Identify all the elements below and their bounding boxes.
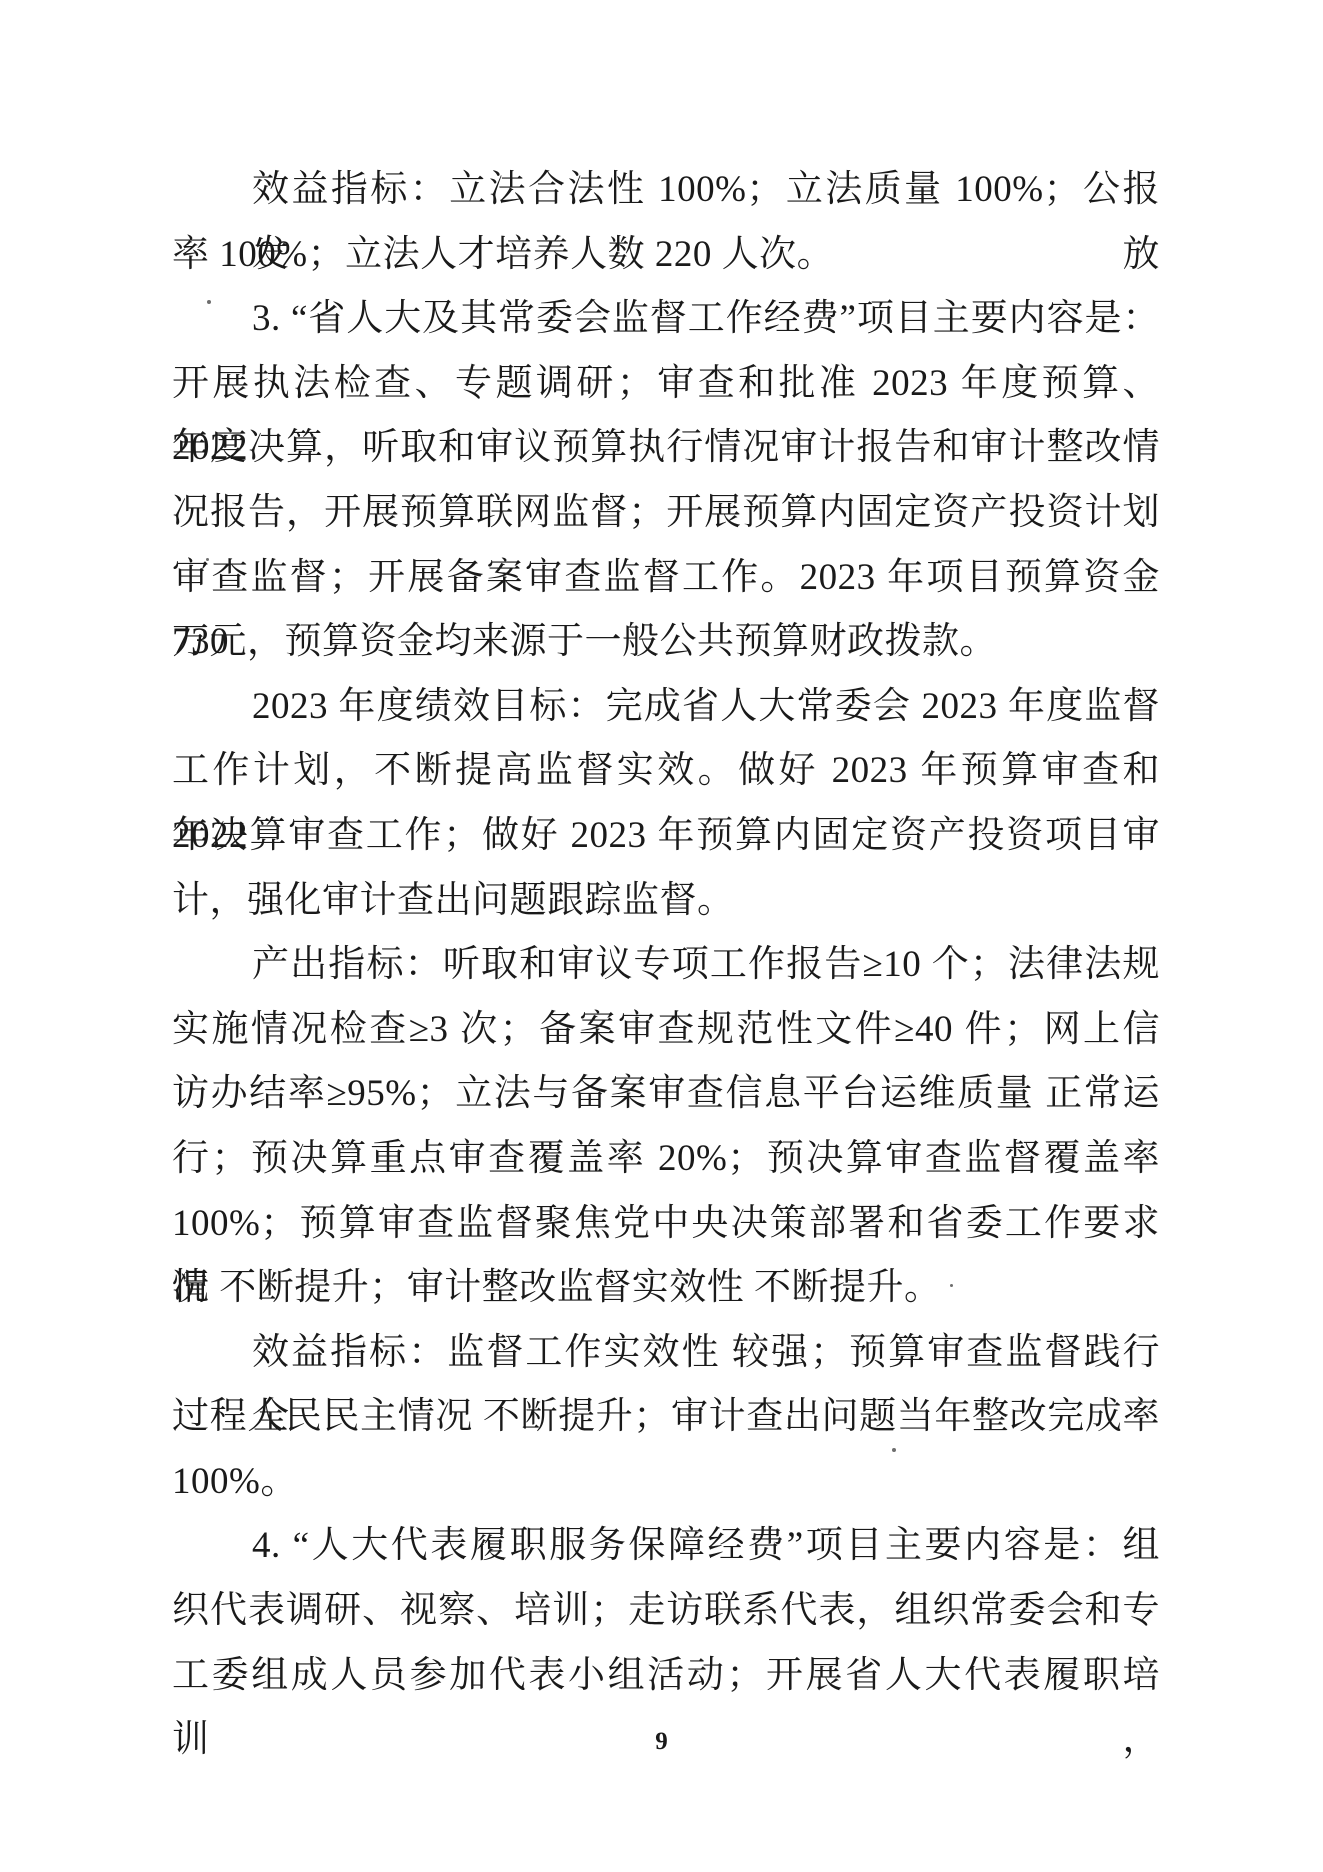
text-line-9: 2023 年度绩效目标：完成省人大常委会 2023 年度监督 xyxy=(172,675,1160,740)
text-line-17: 100%；预算审查监督聚焦党中央决策部署和省委工作要求情 xyxy=(172,1192,1160,1257)
text-line-8: 万元，预算资金均来源于一般公共预算财政拨款。 xyxy=(172,610,1160,675)
scan-speck xyxy=(892,1448,896,1452)
text-line-1: 效益指标：立法合法性 100%；立法质量 100%；公报发放 xyxy=(172,158,1160,223)
scan-speck xyxy=(206,558,209,561)
text-line-11: 年决算审查工作；做好 2023 年预算内固定资产投资项目审 xyxy=(172,804,1160,869)
text-line-6: 况报告，开展预算联网监督；开展预算内固定资产投资计划 xyxy=(172,481,1160,546)
text-line-22: 4. “人大代表履职服务保障经费”项目主要内容是：组 xyxy=(172,1514,1160,1579)
text-line-5: 年度决算，听取和审议预算执行情况审计报告和审计整改情 xyxy=(172,416,1160,481)
text-line-10: 工作计划，不断提高监督实效。做好 2023 年预算审查和 2022 xyxy=(172,739,1160,804)
document-body: 效益指标：立法合法性 100%；立法质量 100%；公报发放率 100%；立法人… xyxy=(172,158,1160,1708)
text-line-4: 开展执法检查、专题调研；审查和批准 2023 年度预算、2022 xyxy=(172,352,1160,417)
text-line-3: 3. “省人大及其常委会监督工作经费”项目主要内容是： xyxy=(172,287,1160,352)
scan-speck xyxy=(207,300,211,304)
text-line-12: 计，强化审计查出问题跟踪监督。 xyxy=(172,869,1160,934)
text-line-15: 访办结率≥95%；立法与备案审查信息平台运维质量 正常运 xyxy=(172,1062,1160,1127)
text-line-14: 实施情况检查≥3 次；备案审查规范性文件≥40 件；网上信 xyxy=(172,998,1160,1063)
text-line-7: 审查监督；开展备案审查监督工作。2023 年项目预算资金 730 xyxy=(172,546,1160,611)
text-line-18: 况 不断提升；审计整改监督实效性 不断提升。 xyxy=(172,1256,1160,1321)
text-line-21: 100%。 xyxy=(172,1450,1160,1515)
text-line-19: 效益指标：监督工作实效性 较强；预算审查监督践行全 xyxy=(172,1321,1160,1386)
text-line-13: 产出指标：听取和审议专项工作报告≥10 个；法律法规 xyxy=(172,933,1160,998)
text-line-20: 过程人民民主情况 不断提升；审计查出问题当年整改完成率 xyxy=(172,1385,1160,1450)
text-line-16: 行；预决算重点审查覆盖率 20%；预决算审查监督覆盖率 xyxy=(172,1127,1160,1192)
page-number: 9 xyxy=(0,1728,1323,1756)
text-line-23: 织代表调研、视察、培训；走访联系代表，组织常委会和专 xyxy=(172,1579,1160,1644)
scan-speck xyxy=(950,1284,953,1287)
text-line-24: 工委组成人员参加代表小组活动；开展省人大代表履职培训， xyxy=(172,1644,1160,1709)
